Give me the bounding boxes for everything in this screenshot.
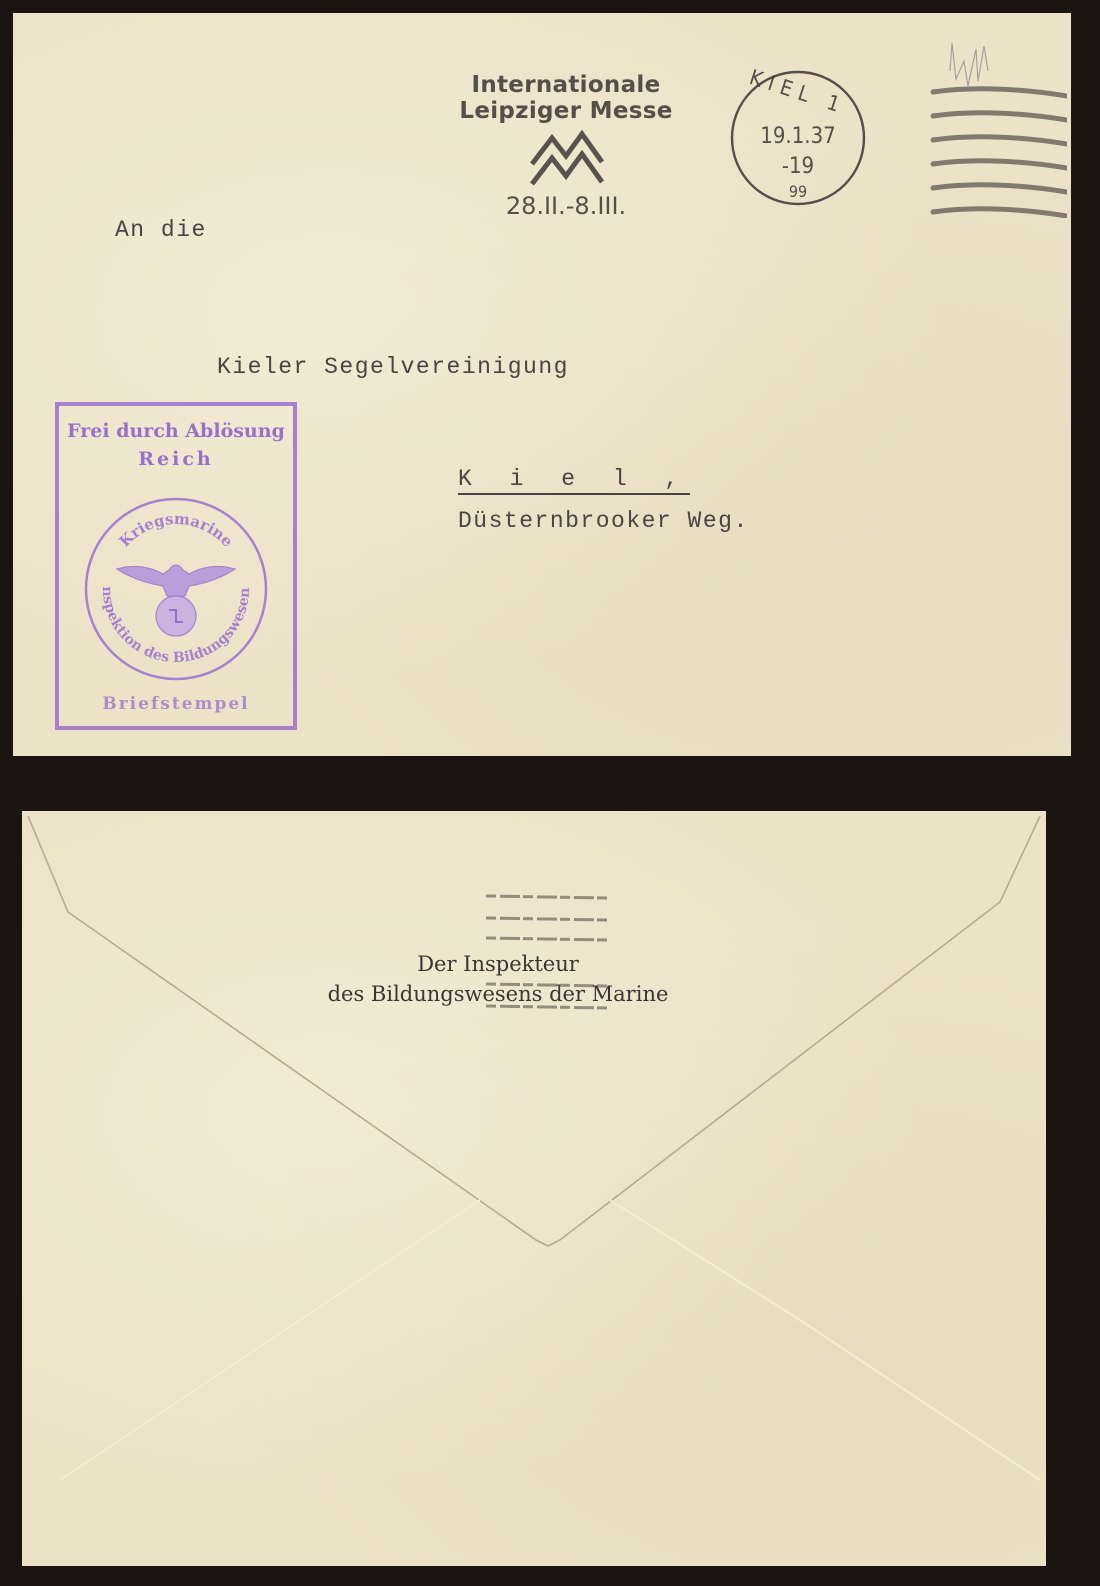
sender-line-2: des Bildungswesens der Marine: [248, 982, 748, 1006]
envelope-flap-lines: [0, 0, 1100, 1586]
sender-line-1: Der Inspekteur: [248, 952, 748, 976]
